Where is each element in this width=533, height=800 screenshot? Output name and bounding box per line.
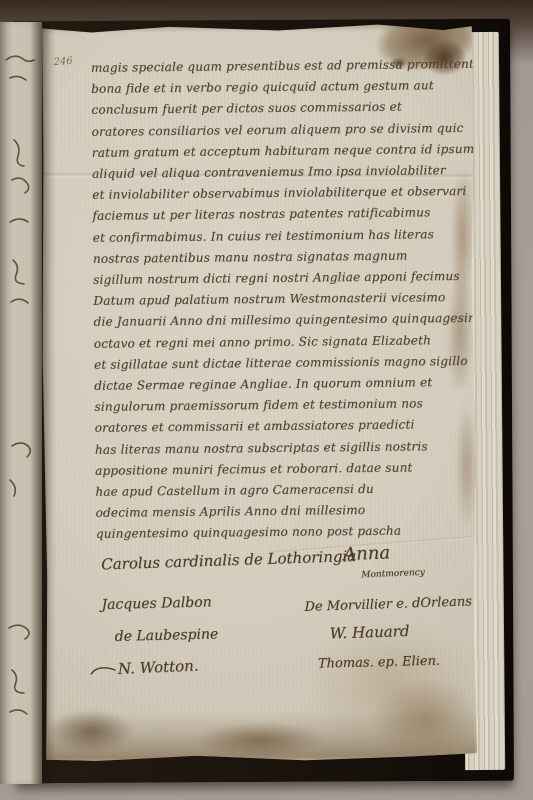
signature-wotton: N. Wotton. <box>90 657 199 680</box>
signature-montmorency-subscript: Montmorency <box>361 568 425 581</box>
manuscript-page: 246 magis speciale quam presentibus est … <box>39 22 478 763</box>
signature-thomas-bishop: Thomas. ep. Elien. <box>318 654 441 672</box>
signature-wotton-text: N. Wotton. <box>118 657 199 678</box>
manuscript-line: quingentesimo quinquagesimo nono post pa… <box>96 520 468 545</box>
previous-page-text-marks <box>0 22 42 784</box>
manuscript-line: appositione muniri fecimus et roborari. … <box>95 457 467 482</box>
previous-page-edge <box>0 22 42 784</box>
folio-number: 246 <box>53 57 73 68</box>
manuscript-text-block: magis speciale quam presentibus est ad p… <box>91 54 468 546</box>
manuscript-line: bona fide et in verbo regio quicquid act… <box>91 75 463 100</box>
stain-bottom-left <box>48 709 134 754</box>
stain-bottom-right <box>370 678 483 759</box>
signature-de-laubespine: de Laubespine <box>115 626 219 645</box>
signature-jacques-dalbon: Jacques Dalbon <box>101 594 212 613</box>
manuscript-photo: 246 magis speciale quam presentibus est … <box>0 0 533 800</box>
signature-cardinal-de-lorraine: Carolus cardinalis de Lothoringia <box>101 547 357 573</box>
signature-w-howard: W. Hauard <box>329 622 409 643</box>
manuscript-line: et confirmabimus. In cuius rei testimoni… <box>93 224 465 249</box>
stain-bottom-middle <box>194 722 324 759</box>
signature-flourish-icon <box>90 665 116 676</box>
signature-anne-de-montmorency: Anna <box>343 542 391 565</box>
signature-de-morvillier: De Morvillier e. dOrleans <box>304 594 472 615</box>
stain-bottom-edge-band <box>46 710 476 761</box>
